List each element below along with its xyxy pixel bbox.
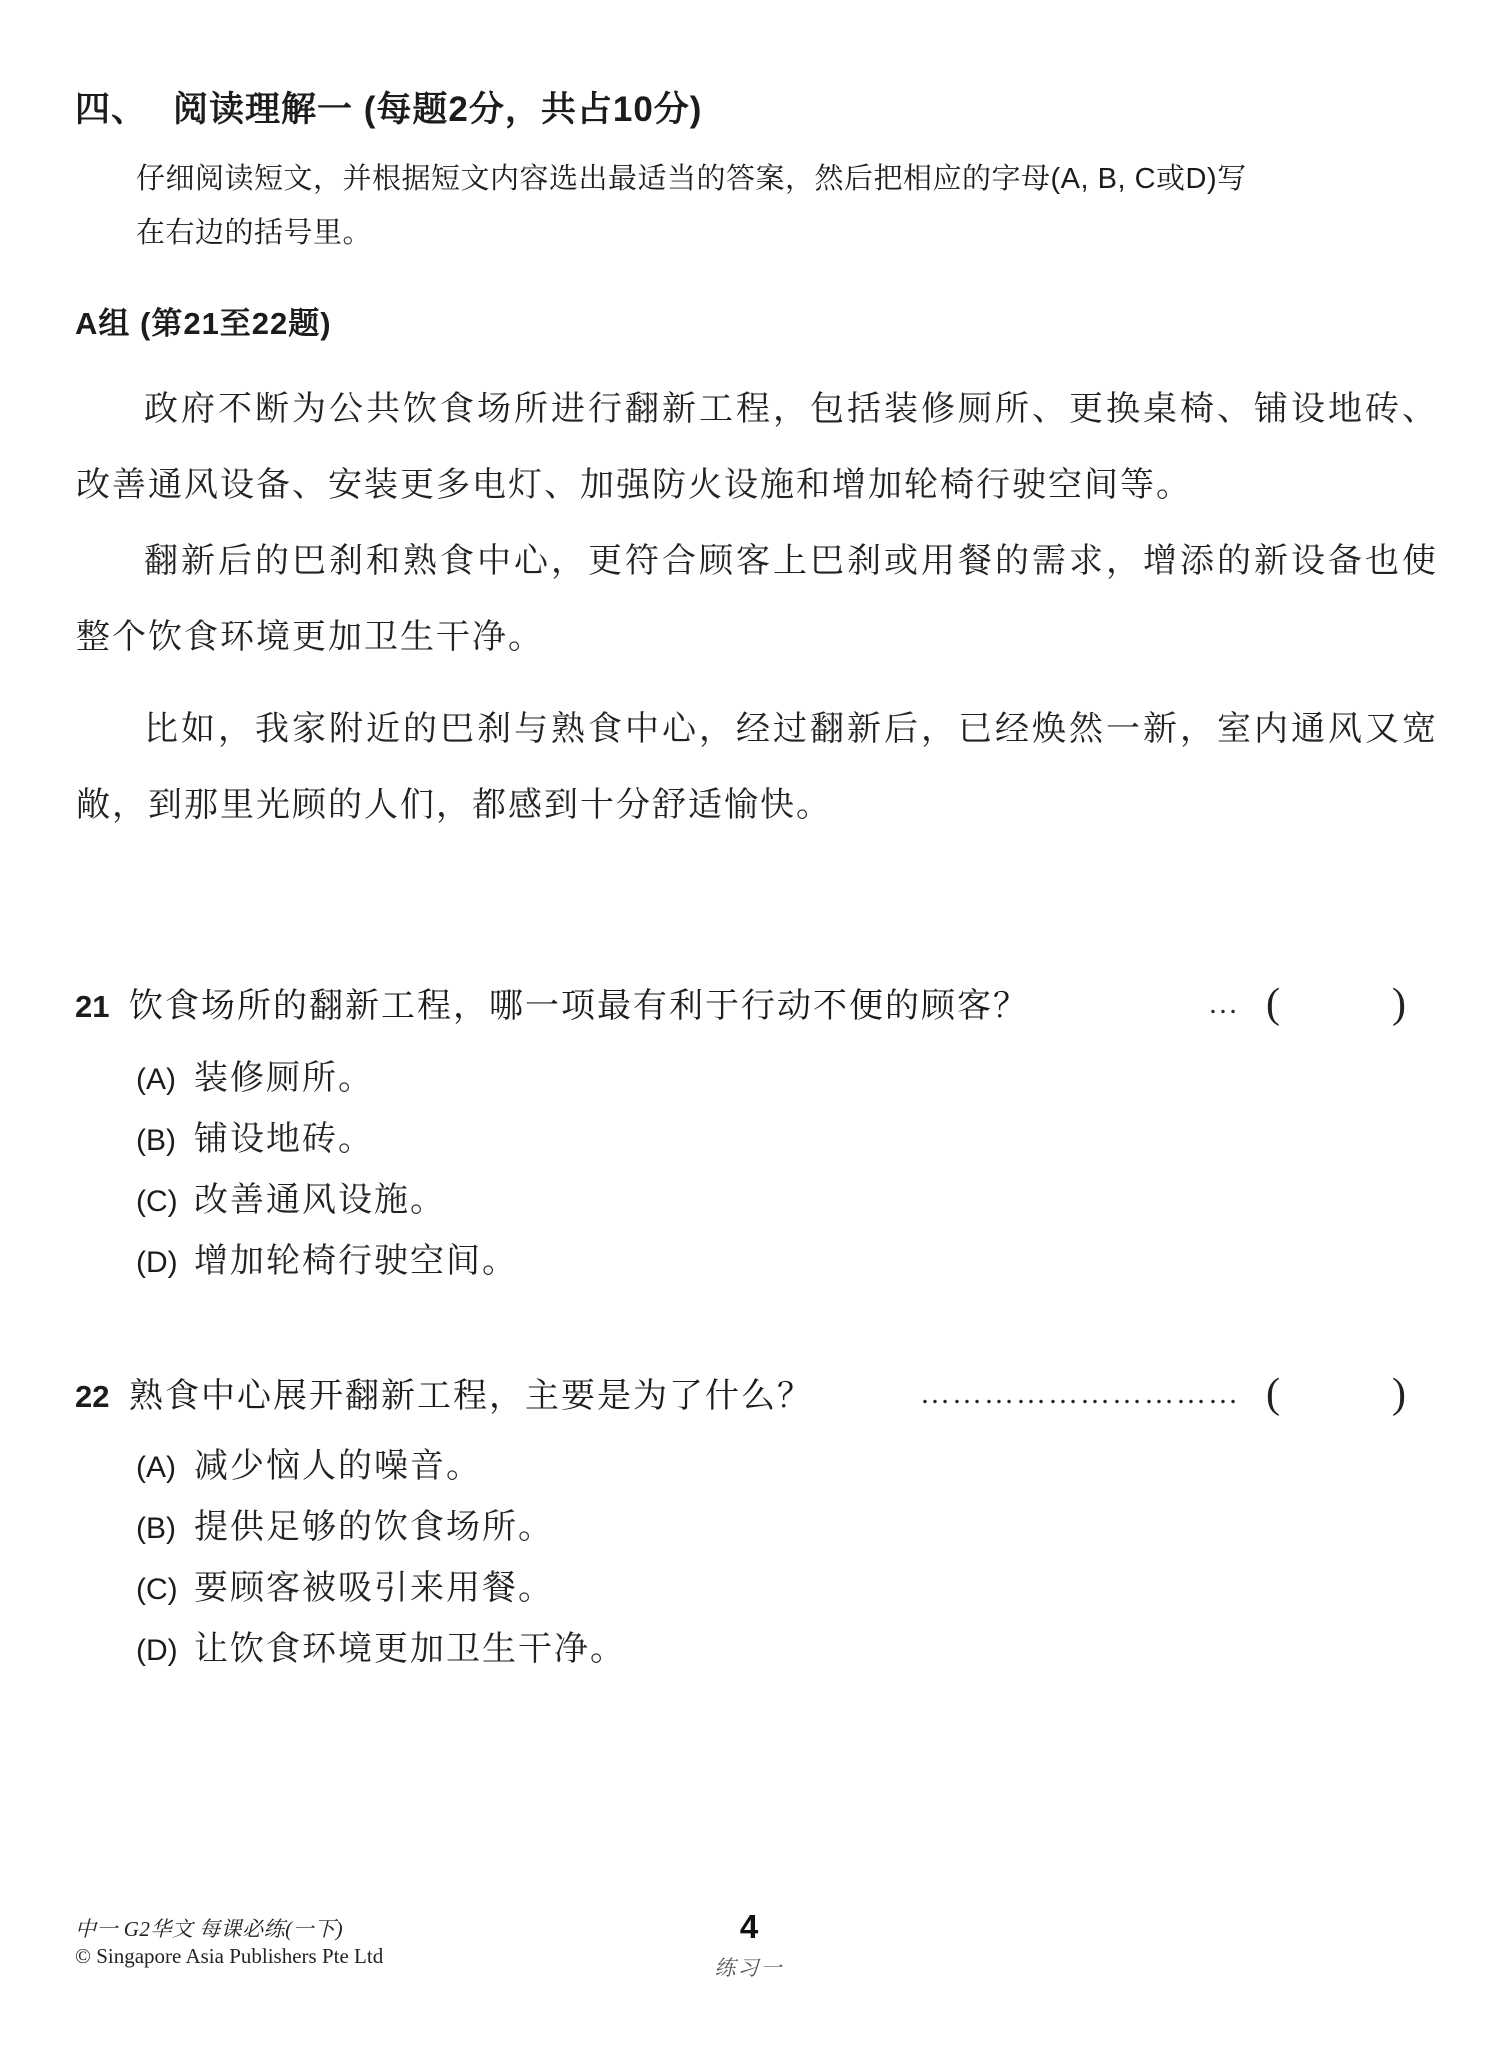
instructions-line-2: 在右边的括号里。 [136,206,1386,260]
option-label: (A) [136,1063,194,1097]
question-21-answer-area: … () [1208,980,1406,1028]
question-22-option-c: (C) 要顾客被吸引来用餐。 [136,1560,626,1621]
instructions: 仔细阅读短文，并根据短文内容选出最适当的答案，然后把相应的字母(A, B, C或… [136,152,1386,260]
option-text: 让饮食环境更加卫生干净。 [194,1621,626,1670]
option-text: 改善通风设施。 [194,1172,446,1221]
bracket-close: ) [1392,980,1406,1028]
option-text: 增加轮椅行驶空间。 [194,1233,518,1282]
bracket-close: ) [1392,1370,1406,1418]
question-21-leader-dots: … [1208,987,1240,1021]
question-22-answer-slot[interactable]: () [1266,1370,1406,1418]
group-label: A组 (第21至22题) [75,298,332,343]
option-label: (B) [136,1512,194,1546]
question-22-number: 22 [75,1379,129,1415]
option-label: (C) [136,1185,194,1219]
reading-passage: 政府不断为公共饮食场所进行翻新工程，包括装修厕所、更换桌椅、铺设地砖、改善通风设… [76,372,1438,844]
passage-paragraph-1: 政府不断为公共饮食场所进行翻新工程，包括装修厕所、更换桌椅、铺设地砖、改善通风设… [76,372,1438,524]
question-22-leader-dots: ………………………… [920,1377,1240,1411]
footer-copyright: © Singapore Asia Publishers Pte Ltd [75,1943,383,1970]
section-number: 四、 [75,90,147,129]
footer-publisher-info: 中一 G2华文 每课必练(一下) © Singapore Asia Publis… [75,1916,383,1970]
bracket-open: ( [1266,1370,1280,1418]
question-21-answer-slot[interactable]: () [1266,980,1406,1028]
option-text: 要顾客被吸引来用餐。 [194,1560,554,1609]
question-21-text: 饮食场所的翻新工程，哪一项最有利于行动不便的顾客？ [129,978,1029,1027]
option-label: (D) [136,1246,194,1280]
question-21-option-a: (A) 装修厕所。 [136,1050,518,1111]
section-title: 阅读理解一 (每题2分，共占10分) [173,90,702,129]
option-label: (B) [136,1124,194,1158]
question-21-number: 21 [75,989,129,1025]
question-21: 21 饮食场所的翻新工程，哪一项最有利于行动不便的顾客？ … () [75,978,1406,1028]
question-22-option-a: (A) 减少恼人的噪音。 [136,1438,626,1499]
option-text: 装修厕所。 [194,1050,374,1099]
question-22-answer-area: ………………………… () [920,1370,1406,1418]
worksheet-page: 四、阅读理解一 (每题2分，共占10分) 仔细阅读短文，并根据短文内容选出最适当… [0,0,1498,2048]
question-22-option-b: (B) 提供足够的饮食场所。 [136,1499,626,1560]
question-22-options: (A) 减少恼人的噪音。 (B) 提供足够的饮食场所。 (C) 要顾客被吸引来用… [136,1438,626,1682]
option-text: 铺设地砖。 [194,1111,374,1160]
bracket-open: ( [1266,980,1280,1028]
option-text: 减少恼人的噪音。 [194,1438,482,1487]
section-header: 四、阅读理解一 (每题2分，共占10分) [75,82,702,132]
option-label: (A) [136,1451,194,1485]
footer-book-title: 中一 G2华文 每课必练(一下) [75,1916,383,1943]
instructions-line-1: 仔细阅读短文，并根据短文内容选出最适当的答案，然后把相应的字母(A, B, C或… [136,152,1386,206]
question-21-option-d: (D) 增加轮椅行驶空间。 [136,1233,518,1294]
option-text: 提供足够的饮食场所。 [194,1499,554,1548]
question-22-text: 熟食中心展开翻新工程，主要是为了什么？ [129,1368,813,1417]
question-22-option-d: (D) 让饮食环境更加卫生干净。 [136,1621,626,1682]
question-22: 22 熟食中心展开翻新工程，主要是为了什么？ ………………………… () [75,1368,1406,1418]
question-21-option-c: (C) 改善通风设施。 [136,1172,518,1233]
passage-paragraph-3: 比如，我家附近的巴刹与熟食中心，经过翻新后，已经焕然一新，室内通风又宽敞，到那里… [76,692,1438,844]
question-21-option-b: (B) 铺设地砖。 [136,1111,518,1172]
question-21-options: (A) 装修厕所。 (B) 铺设地砖。 (C) 改善通风设施。 (D) 增加轮椅… [136,1050,518,1294]
option-label: (C) [136,1573,194,1607]
option-label: (D) [136,1634,194,1668]
passage-paragraph-2: 翻新后的巴刹和熟食中心，更符合顾客上巴刹或用餐的需求，增添的新设备也使整个饮食环… [76,524,1438,676]
